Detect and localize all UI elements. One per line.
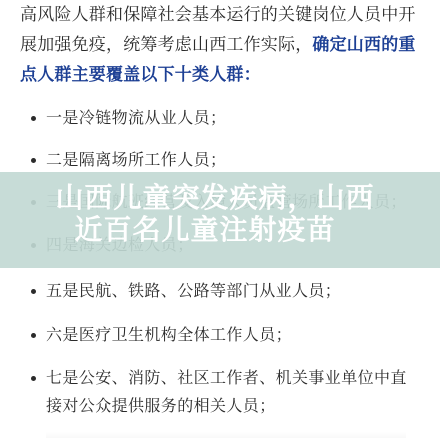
list-item: 七是公安、消防、社区工作者、机关事业单位中直接对公众提供服务的相关人员； xyxy=(46,364,418,420)
list-item: 一是冷链物流从业人员； xyxy=(46,104,418,132)
next-line-fragment xyxy=(46,432,406,438)
headline-line-2: 近百名儿童注射疫苗 xyxy=(0,214,440,246)
bullet-icon xyxy=(31,289,36,294)
list-item-text: 五是民航、铁路、公路等部门从业人员； xyxy=(46,281,341,300)
list-item: 五是民航、铁路、公路等部门从业人员； xyxy=(46,277,418,305)
headline-line-1: 山西儿童突发疾病，山西 xyxy=(0,182,440,214)
list-item-text: 六是医疗卫生机构全体工作人员； xyxy=(46,325,292,344)
bullet-icon xyxy=(31,376,36,381)
intro-paragraph: 高风险人群和保障社会基本运行的关键岗位人员中开展加强免疫，统筹考虑山西工作实际，… xyxy=(20,0,430,90)
list-item: 二是隔离场所工作人员； xyxy=(46,146,418,174)
headline-title: 山西儿童突发疾病，山西 近百名儿童注射疫苗 xyxy=(0,182,440,246)
bullet-icon xyxy=(31,158,36,163)
list-item: 六是医疗卫生机构全体工作人员； xyxy=(46,321,418,349)
bullet-icon xyxy=(31,333,36,338)
bullet-icon xyxy=(31,116,36,121)
list-item-text: 一是冷链物流从业人员； xyxy=(46,108,226,127)
list-item-text: 七是公安、消防、社区工作者、机关事业单位中直接对公众提供服务的相关人员； xyxy=(46,368,407,415)
list-item-text: 二是隔离场所工作人员； xyxy=(46,150,226,169)
